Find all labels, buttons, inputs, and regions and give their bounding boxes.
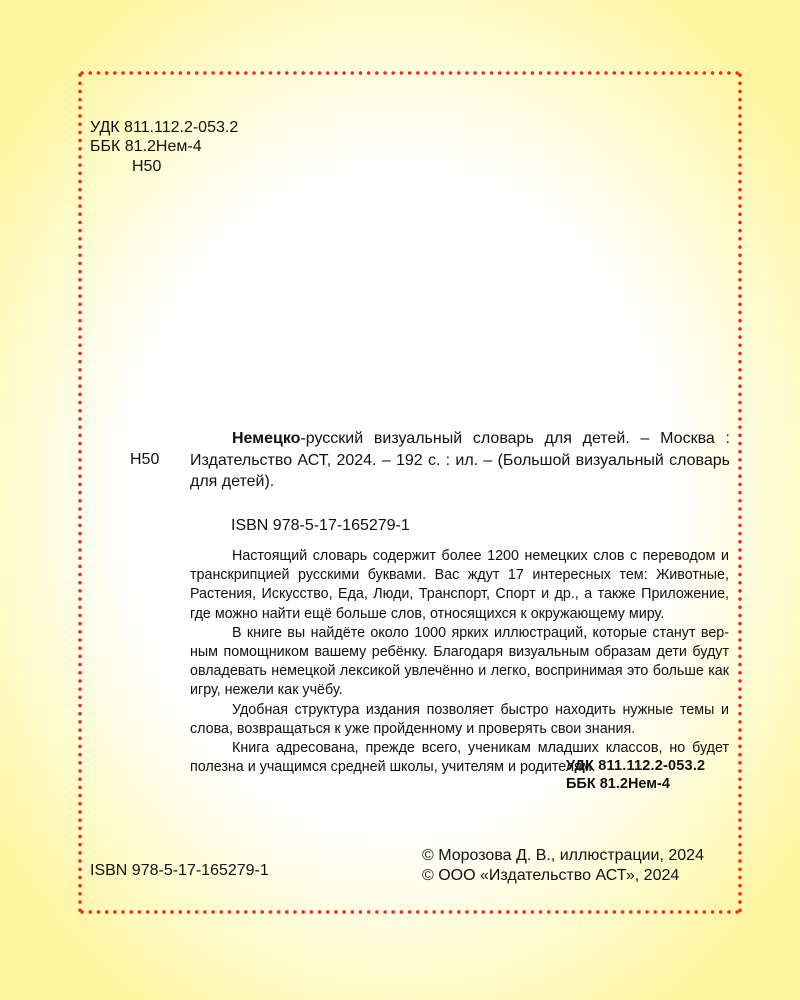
bib-title-bold: Немецко [232, 430, 300, 447]
bibliographic-record: Немецко-русский визуальный словарь для д… [190, 428, 730, 493]
frame-border-top [78, 71, 742, 75]
frame-border-left [78, 71, 82, 914]
copyright-illustrations: © Морозова Д. В., иллюстрации, 2024 [422, 846, 704, 866]
annotation-paragraph: Удобная структура издания позволяет быст… [190, 701, 729, 739]
annotation-paragraph: Настоящий словарь содержит более 1200 не… [190, 547, 729, 624]
annotation-bbk: ББК 81.2Нем-4 [566, 774, 670, 794]
annotation: Настоящий словарь содержит более 1200 не… [190, 547, 729, 777]
frame-border-bottom [78, 910, 742, 914]
bib-isbn: ISBN 978-5-17-165279-1 [231, 516, 410, 536]
frame-border-right [738, 71, 742, 914]
bbk-code: ББК 81.2Нем-4 [90, 137, 202, 157]
footer-isbn: ISBN 978-5-17-165279-1 [90, 861, 269, 881]
copyright-publisher: © ООО «Издательство АСТ», 2024 [422, 866, 679, 886]
author-code: Н50 [132, 157, 161, 177]
bib-author-code: Н50 [130, 450, 159, 470]
udk-code: УДК 811.112.2-053.2 [90, 118, 238, 138]
annotation-udk: УДК 811.112.2-053.2 [566, 756, 705, 776]
annotation-paragraph: В книге вы найдёте около 1000 ярких иллю… [190, 624, 729, 701]
